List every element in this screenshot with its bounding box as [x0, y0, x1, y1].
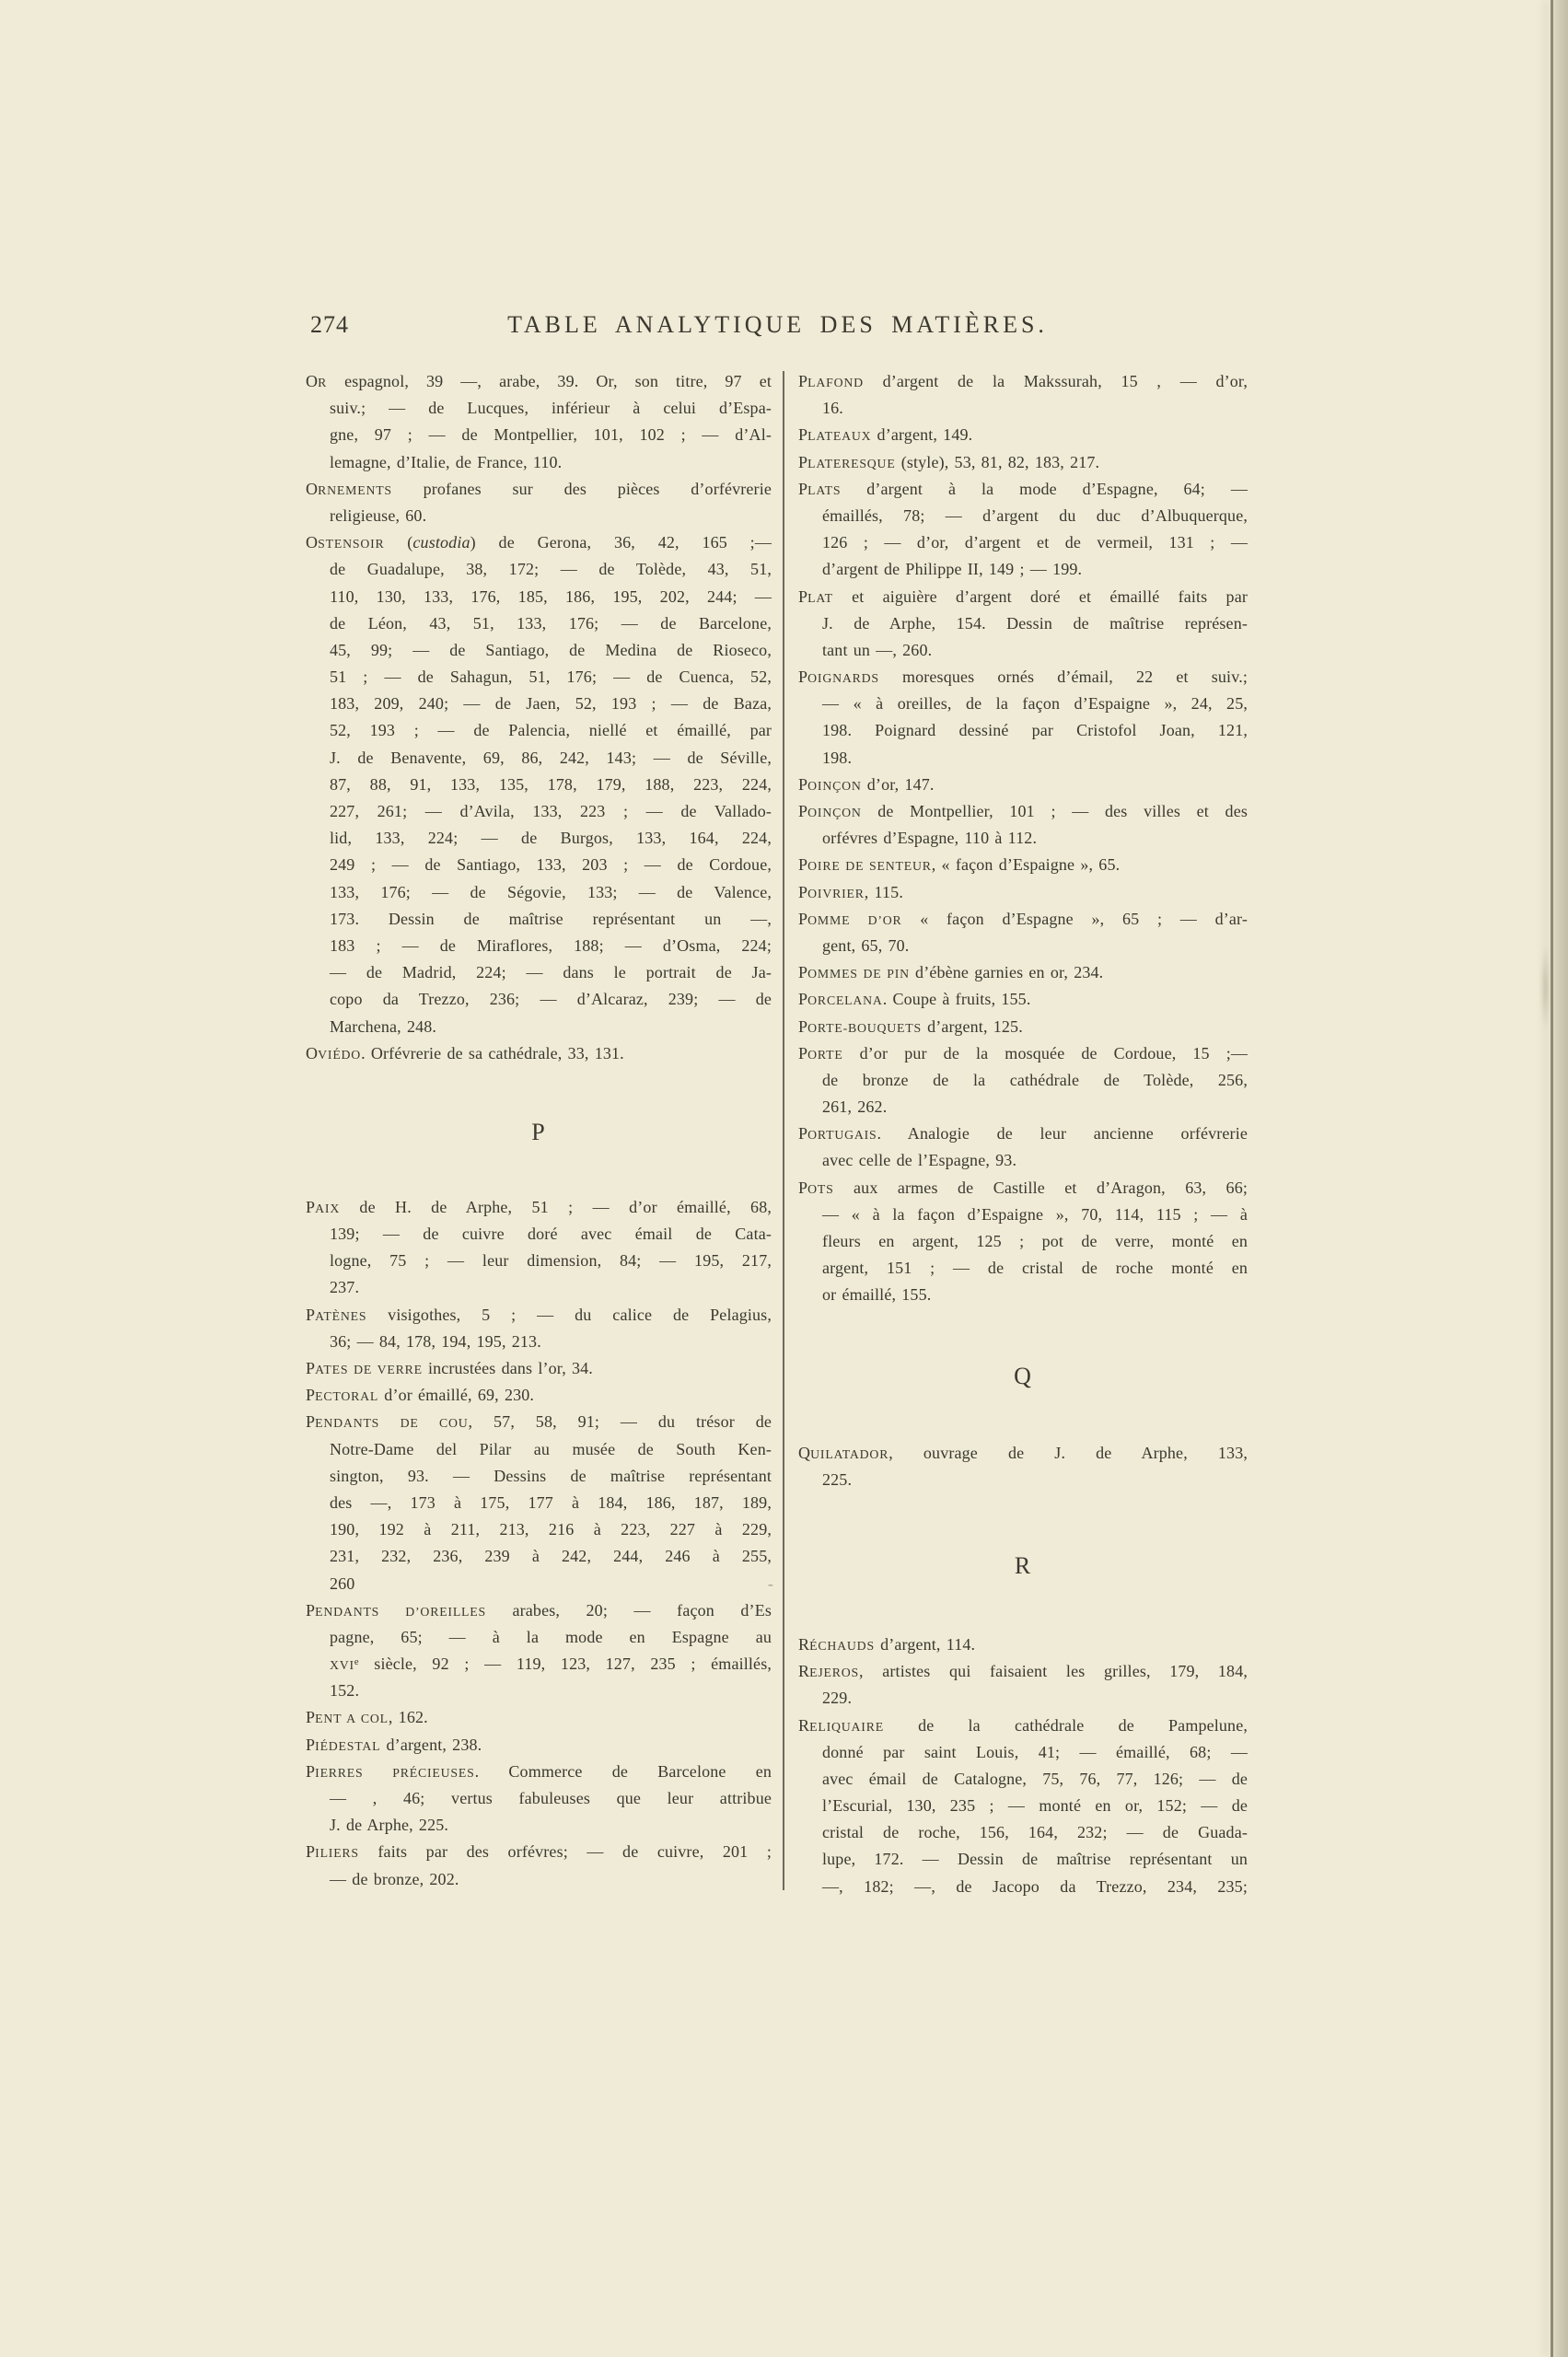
- index-line: PORTE d’or pur de la mosquée de Cordoue,…: [798, 1040, 1248, 1067]
- index-line: PIERRES PRÉCIEUSES. Commerce de Barcelon…: [306, 1759, 772, 1785]
- index-line: avec émail de Catalogne, 75, 76, 77, 126…: [798, 1766, 1248, 1793]
- index-line: OSTENSOIR (custodia) de Gerona, 36, 42, …: [306, 529, 772, 556]
- index-line: 183, 209, 240; — de Jaen, 52, 193 ; — de…: [306, 691, 772, 717]
- index-line: 51 ; — de Sahagun, 51, 176; — de Cuenca,…: [306, 664, 772, 691]
- index-line: 139; — de cuivre doré avec émail de Cata…: [306, 1221, 772, 1248]
- section-heading-r: R: [798, 1552, 1248, 1580]
- index-line: PLATERESQUE (style), 53, 81, 82, 183, 21…: [798, 449, 1248, 476]
- index-line: PENT A COL, 162.: [306, 1704, 772, 1731]
- index-line: PLATS d’argent à la mode d’Espagne, 64; …: [798, 476, 1248, 503]
- index-line: l’Escurial, 130, 235 ; — monté en or, 15…: [798, 1793, 1248, 1819]
- index-line: 173. Dessin de maîtrise représentant un …: [306, 906, 772, 933]
- index-line: 126 ; — d’or, d’argent et de vermeil, 13…: [798, 529, 1248, 556]
- index-line: POIGNARDS moresques ornés d’émail, 22 et…: [798, 664, 1248, 691]
- index-line: suiv.; — de Lucques, inférieur à celui d…: [306, 395, 772, 422]
- index-column-right: PLAFOND d’argent de la Makssurah, 15 , —…: [798, 368, 1248, 1900]
- index-line: 198. Poignard dessiné par Cristofol Joan…: [798, 717, 1248, 744]
- index-line: argent, 151 ; — de cristal de roche mont…: [798, 1255, 1248, 1282]
- index-line: QUILATADOR, ouvrage de J. de Arphe, 133,: [798, 1440, 1248, 1467]
- index-line: lid, 133, 224; — de Burgos, 133, 164, 22…: [306, 825, 772, 852]
- index-line: J. de Arphe, 154. Dessin de maîtrise rep…: [798, 610, 1248, 637]
- index-line: — « à oreilles, de la façon d’Espaigne »…: [798, 691, 1248, 717]
- index-line: PIÉDESTAL d’argent, 238.: [306, 1732, 772, 1759]
- index-line: pagne, 65; — à la mode en Espagne au: [306, 1624, 772, 1651]
- index-line: 152.: [306, 1678, 772, 1704]
- index-line: POMMES DE PIN d’ébène garnies en or, 234…: [798, 959, 1248, 986]
- index-column-left: OR espagnol, 39 —, arabe, 39. Or, son ti…: [306, 368, 772, 1893]
- index-line: 198.: [798, 745, 1248, 772]
- index-line: 237.: [306, 1274, 772, 1301]
- index-line: 231, 232, 236, 239 à 242, 244, 246 à 255…: [306, 1543, 772, 1570]
- index-line: religieuse, 60.: [306, 503, 772, 529]
- index-line: gent, 65, 70.: [798, 933, 1248, 959]
- index-line: Notre-Dame del Pilar au musée de South K…: [306, 1436, 772, 1463]
- index-line: PORTE-BOUQUETS d’argent, 125.: [798, 1014, 1248, 1040]
- index-line: 249 ; — de Santiago, 133, 203 ; — de Cor…: [306, 852, 772, 878]
- section-heading-p: P: [306, 1119, 772, 1146]
- index-line: POMME D’OR « façon d’Espagne », 65 ; — d…: [798, 906, 1248, 933]
- index-line: 110, 130, 133, 176, 185, 186, 195, 202, …: [306, 584, 772, 610]
- index-line: copo da Trezzo, 236; — d’Alcaraz, 239; —…: [306, 986, 772, 1013]
- index-line: 229.: [798, 1685, 1248, 1712]
- column-divider-rule: [783, 371, 784, 1890]
- index-line: logne, 75 ; — leur dimension, 84; — 195,…: [306, 1248, 772, 1274]
- index-line: fleurs en argent, 125 ; pot de verre, mo…: [798, 1228, 1248, 1255]
- index-line: avec celle de l’Espagne, 93.: [798, 1147, 1248, 1174]
- paper-smudge: [1541, 944, 1550, 1031]
- index-line: 16.: [798, 395, 1248, 422]
- index-line: PAIX de H. de Arphe, 51 ; — d’or émaillé…: [306, 1194, 772, 1221]
- index-line: RÉCHAUDS d’argent, 114.: [798, 1631, 1248, 1658]
- section-heading-q: Q: [798, 1363, 1248, 1390]
- index-line: 87, 88, 91, 133, 135, 178, 179, 188, 223…: [306, 772, 772, 798]
- index-line: — , 46; vertus fabuleuses que leur attri…: [306, 1785, 772, 1812]
- index-line: 45, 99; — de Santiago, de Medina de Rios…: [306, 637, 772, 664]
- index-line: —, 182; —, de Jacopo da Trezzo, 234, 235…: [798, 1874, 1248, 1900]
- index-line: 36; — 84, 178, 194, 195, 213.: [306, 1329, 772, 1355]
- page-header: 274 TABLE ANALYTIQUE DES MATIÈRES.: [0, 311, 1568, 343]
- index-line: lupe, 172. — Dessin de maîtrise représen…: [798, 1846, 1248, 1873]
- index-line: 183 ; — de Miraflores, 188; — d’Osma, 22…: [306, 933, 772, 959]
- index-line: PILIERS faits par des orfévres; — de cui…: [306, 1839, 772, 1865]
- index-line: OR espagnol, 39 —, arabe, 39. Or, son ti…: [306, 368, 772, 395]
- index-line: PORCELANA. Coupe à fruits, 155.: [798, 986, 1248, 1013]
- index-line: PLATEAUX d’argent, 149.: [798, 422, 1248, 448]
- index-line: Marchena, 248.: [306, 1014, 772, 1040]
- index-line: — de bronze, 202.: [306, 1866, 772, 1893]
- index-line: — de Madrid, 224; — dans le portrait de …: [306, 959, 772, 986]
- index-line: REJEROS, artistes qui faisaient les gril…: [798, 1658, 1248, 1685]
- index-line: gne, 97 ; — de Montpellier, 101, 102 ; —…: [306, 422, 772, 448]
- index-line: 260-: [306, 1571, 772, 1597]
- index-line: PORTUGAIS. Analogie de leur ancienne orf…: [798, 1120, 1248, 1147]
- index-line: lemagne, d’Italie, de France, 110.: [306, 449, 772, 476]
- index-line: 52, 193 ; — de Palencia, niellé et émail…: [306, 717, 772, 744]
- index-line: POINÇON d’or, 147.: [798, 772, 1248, 798]
- index-line: tant un —, 260.: [798, 637, 1248, 664]
- index-line: PECTORAL d’or émaillé, 69, 230.: [306, 1382, 772, 1409]
- index-line: POINÇON de Montpellier, 101 ; — des vill…: [798, 798, 1248, 825]
- index-line: PLAT et aiguière d’argent doré et émaill…: [798, 584, 1248, 610]
- page-title: TABLE ANALYTIQUE DES MATIÈRES.: [0, 311, 1555, 339]
- index-line: POIRE DE SENTEUR, « façon d’Espaigne », …: [798, 852, 1248, 878]
- index-line: PENDANTS DE COU, 57, 58, 91; — du trésor…: [306, 1409, 772, 1435]
- index-line: des —, 173 à 175, 177 à 184, 186, 187, 1…: [306, 1490, 772, 1516]
- index-line: d’argent de Philippe II, 149 ; — 199.: [798, 556, 1248, 583]
- index-line: émaillés, 78; — d’argent du duc d’Albuqu…: [798, 503, 1248, 529]
- index-line: POIVRIER, 115.: [798, 879, 1248, 906]
- index-line: or émaillé, 155.: [798, 1282, 1248, 1308]
- index-line: de bronze de la cathédrale de Tolède, 25…: [798, 1067, 1248, 1094]
- index-line: 225.: [798, 1467, 1248, 1493]
- index-line: RELIQUAIRE de la cathédrale de Pampelune…: [798, 1713, 1248, 1739]
- book-page: 274 TABLE ANALYTIQUE DES MATIÈRES. OR es…: [0, 0, 1568, 2357]
- index-line: 133, 176; — de Ségovie, 133; — de Valenc…: [306, 879, 772, 906]
- index-line: 190, 192 à 211, 213, 216 à 223, 227 à 22…: [306, 1516, 772, 1543]
- index-line: de Léon, 43, 51, 133, 176; — de Barcelon…: [306, 610, 772, 637]
- index-line: orfévres d’Espagne, 110 à 112.: [798, 825, 1248, 852]
- index-line: sington, 93. — Dessins de maîtrise repré…: [306, 1463, 772, 1490]
- index-line: cristal de roche, 156, 164, 232; — de Gu…: [798, 1819, 1248, 1846]
- index-line: XVIᵉ siècle, 92 ; — 119, 123, 127, 235 ;…: [306, 1651, 772, 1678]
- index-line: — « à la façon d’Espaigne », 70, 114, 11…: [798, 1202, 1248, 1228]
- index-line: J. de Benavente, 69, 86, 242, 143; — de …: [306, 745, 772, 772]
- index-line: PENDANTS D’OREILLES arabes, 20; — façon …: [306, 1597, 772, 1624]
- index-line: 261, 262.: [798, 1094, 1248, 1120]
- index-line: 227, 261; — d’Avila, 133, 223 ; — de Val…: [306, 798, 772, 825]
- index-line: donné par saint Louis, 41; — émaillé, 68…: [798, 1739, 1248, 1766]
- index-line: OVIÉDO. Orfévrerie de sa cathédrale, 33,…: [306, 1040, 772, 1067]
- page-edge-band: [1553, 0, 1568, 2357]
- index-line: PLAFOND d’argent de la Makssurah, 15 , —…: [798, 368, 1248, 395]
- index-line: J. de Arphe, 225.: [306, 1812, 772, 1839]
- index-line: PATÈNES visigothes, 5 ; — du calice de P…: [306, 1302, 772, 1329]
- index-line: ORNEMENTS profanes sur des pièces d’orfé…: [306, 476, 772, 503]
- index-line: PATES DE VERRE incrustées dans l’or, 34.: [306, 1355, 772, 1382]
- index-line: POTS aux armes de Castille et d’Aragon, …: [798, 1175, 1248, 1202]
- index-line: de Guadalupe, 38, 172; — de Tolède, 43, …: [306, 556, 772, 583]
